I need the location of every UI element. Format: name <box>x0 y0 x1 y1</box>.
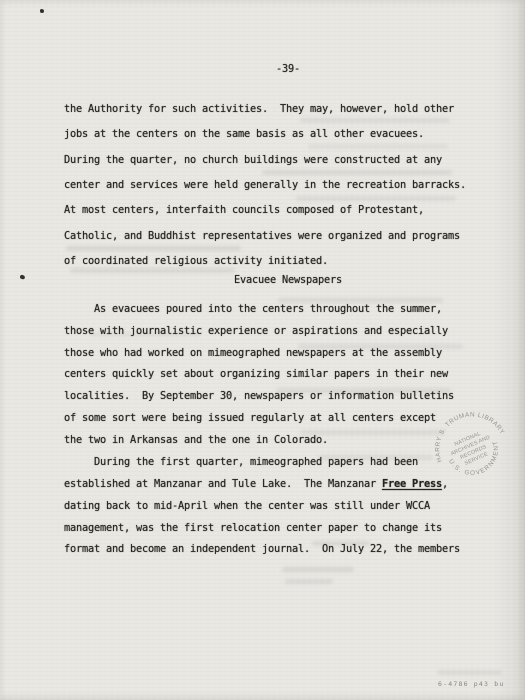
text-line: jobs at the centers on the same basis as… <box>64 122 466 147</box>
text-line: established at Manzanar and Tule Lake. T… <box>64 474 460 496</box>
text-line: Catholic, and Buddhist representatives w… <box>64 224 466 249</box>
text-line: format and become an independent journal… <box>64 539 460 561</box>
scan-speck <box>40 9 44 13</box>
text-line: the Authority for such activities. They … <box>64 97 466 122</box>
text-line: of coordinated religious activity initia… <box>64 249 466 274</box>
bleed-through-mark <box>282 567 354 572</box>
text-line: management, was the first relocation cen… <box>64 518 460 540</box>
text-line: the two in Arkansas and the one in Color… <box>64 430 454 452</box>
text-line: center and services were held generally … <box>64 173 466 198</box>
text-line: At most centers, interfaith councils com… <box>64 198 466 223</box>
archival-reference-code: 6-4786 p43 bu <box>438 680 518 688</box>
bleed-through-mark <box>285 579 333 584</box>
page-number: -39- <box>64 62 512 76</box>
document-page: -39- the Authority for such activities. … <box>0 0 525 700</box>
truman-library-archives-stamp: HARRY S. TRUMAN LIBRARY U.S. GOVERNMENT … <box>424 401 520 497</box>
text-line: During the quarter, no church buildings … <box>64 148 466 173</box>
text-line: During the first quarter, mimeographed p… <box>64 452 460 474</box>
paragraph-evacuee-newspapers: As evacuees poured into the centers thro… <box>64 299 454 452</box>
text-line: dating back to mid-April when the center… <box>64 496 460 518</box>
text-line: those who had worked on mimeographed new… <box>64 343 454 365</box>
scan-speck <box>19 274 25 279</box>
text-line: those with journalistic experience or as… <box>64 321 454 343</box>
paragraph-religious-activities: the Authority for such activities. They … <box>64 97 466 274</box>
section-heading: Evacuee Newspapers <box>64 273 512 287</box>
bleed-through-mark <box>437 670 502 675</box>
text-line: of some sort were being issued regularly… <box>64 408 454 430</box>
paragraph-first-quarter-papers: During the first quarter, mimeographed p… <box>64 452 460 561</box>
text-segment: established at Manzanar and Tule Lake. T… <box>64 478 382 490</box>
text-line: As evacuees poured into the centers thro… <box>64 299 454 321</box>
text-line: localities. By September 30, newspapers … <box>64 386 454 408</box>
text-line: centers quickly set about organizing sim… <box>64 364 454 386</box>
